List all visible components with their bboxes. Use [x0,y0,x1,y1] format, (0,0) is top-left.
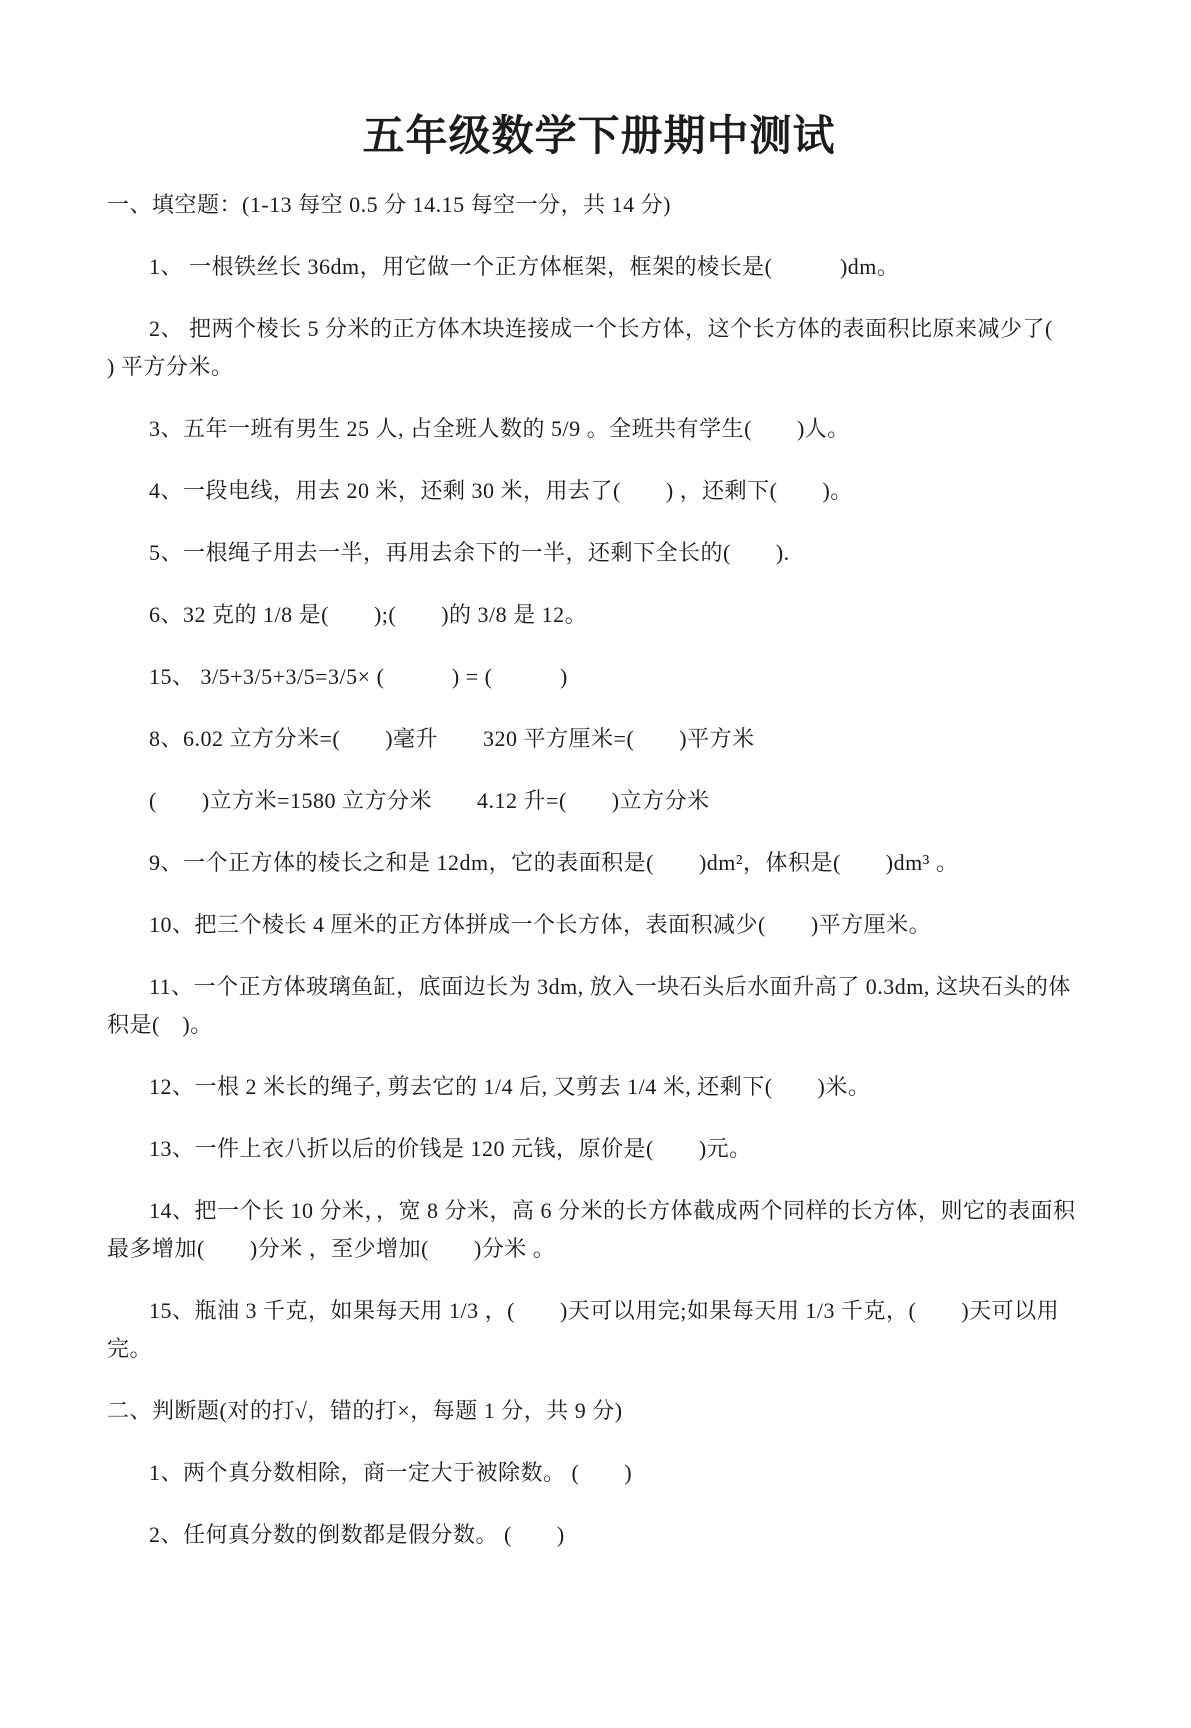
section1-header: 一、填空题：(1-13 每空 0.5 分 14.15 每空一分，共 14 分) [107,186,1091,224]
fill-question-8: 8、6.02 立方分米=( )毫升 320 平方厘米=( )平方米 [107,720,1091,758]
judge-question-2: 2、任何真分数的倒数都是假分数。 ( ) [107,1516,1091,1554]
fill-question-13: 13、一件上衣八折以后的价钱是 120 元钱，原价是( )元。 [107,1130,1091,1168]
fill-question-8-continued: ( )立方米=1580 立方分米 4.12 升=( )立方分米 [107,782,1091,820]
fill-question-11: 11、一个正方体玻璃鱼缸，底面边长为 3dm, 放入一块石头后水面升高了 0.3… [107,968,1091,1044]
fill-question-9: 9、一个正方体的棱长之和是 12dm，它的表面积是( )dm²，体积是( )dm… [107,844,1091,882]
page-title: 五年级数学下册期中测试 [107,112,1091,162]
fill-question-15: 15、瓶油 3 千克，如果每天用 1/3 ，( )天可以用完;如果每天用 1/3… [107,1292,1091,1368]
judge-question-1: 1、两个真分数相除，商一定大于被除数。 ( ) [107,1454,1091,1492]
section2-header: 二、判断题(对的打√，错的打×，每题 1 分，共 9 分) [107,1392,1091,1430]
fill-question-1: 1、 一根铁丝长 36dm，用它做一个正方体框架，框架的棱长是( )dm。 [107,248,1091,286]
fill-question-7: 15、 3/5+3/5+3/5=3/5× ( ) = ( ) [107,658,1091,696]
fill-question-10: 10、把三个棱长 4 厘米的正方体拼成一个长方体，表面积减少( )平方厘米。 [107,906,1091,944]
fill-question-3: 3、五年一班有男生 25 人, 占全班人数的 5/9 。全班共有学生( )人。 [107,410,1091,448]
fill-question-2: 2、 把两个棱长 5 分米的正方体木块连接成一个长方体，这个长方体的表面积比原来… [107,310,1091,386]
fill-question-5: 5、一根绳子用去一半，再用去余下的一半，还剩下全长的( ). [107,534,1091,572]
document-page: 五年级数学下册期中测试 一、填空题：(1-13 每空 0.5 分 14.15 每… [0,0,1191,1728]
fill-question-6: 6、32 克的 1/8 是( );( )的 3/8 是 12。 [107,596,1091,634]
fill-question-12: 12、一根 2 米长的绳子, 剪去它的 1/4 后, 又剪去 1/4 米, 还剩… [107,1068,1091,1106]
fill-question-4: 4、一段电线，用去 20 米，还剩 30 米，用去了( ) ，还剩下( )。 [107,472,1091,510]
fill-question-14: 14、把一个长 10 分米，，宽 8 分米，高 6 分米的长方体截成两个同样的长… [107,1192,1091,1268]
